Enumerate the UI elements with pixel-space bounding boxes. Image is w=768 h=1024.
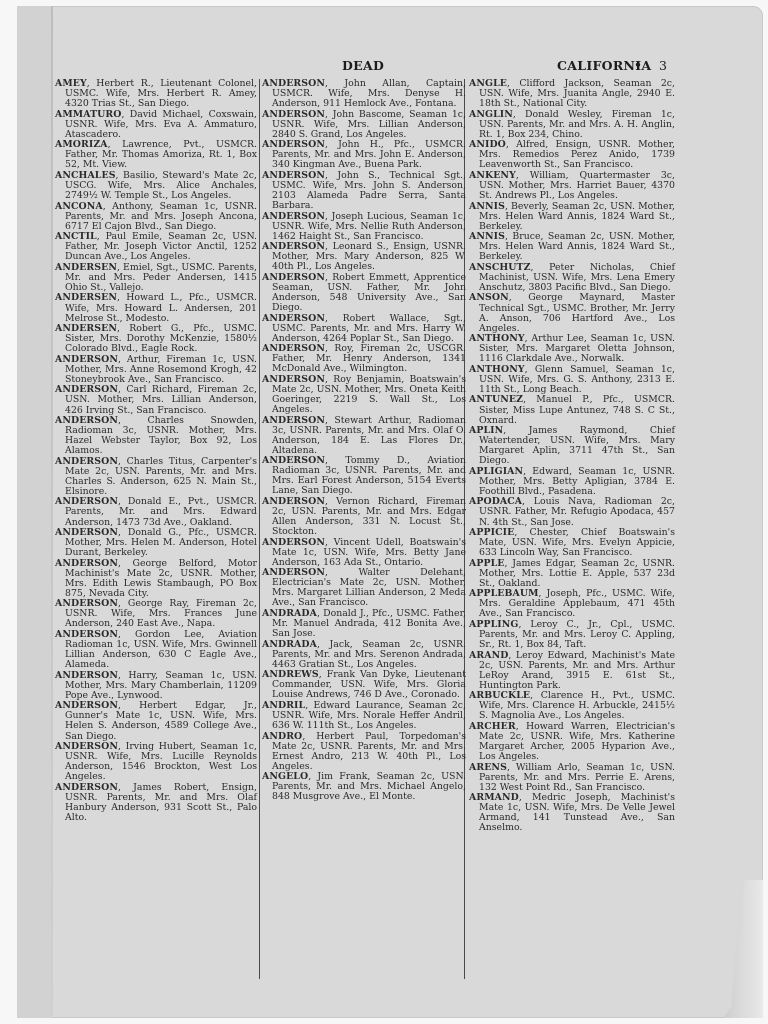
casualty-entry: ANGLIN, Donald Wesley, Fireman 1c, USN. … bbox=[469, 110, 675, 140]
casualty-entry: ANDERSON, Arthur, Fireman 1c, USN. Mothe… bbox=[55, 355, 257, 385]
casualty-entry: ANTHONY, Glenn Samuel, Seaman 1c, USN. W… bbox=[469, 365, 675, 395]
casualty-entry: ANNIS, Beverly, Seaman 2c, USN. Mother, … bbox=[469, 202, 675, 232]
casualty-entry: ANDERSON, Roy Benjamin, Boatswain's Mate… bbox=[262, 375, 466, 415]
casualty-entry: ANSCHUTZ, Peter Nicholas, Chief Machinis… bbox=[469, 263, 675, 293]
casualty-entry: ANDERSEN, Emiel, Sgt., USMC. Parents, Mr… bbox=[55, 263, 257, 293]
casualty-entry: ARCHER, Howard Warren, Electrician's Mat… bbox=[469, 722, 675, 762]
casualty-entry: ANDERSON, James Robert, Ensign, USNR. Pa… bbox=[55, 783, 257, 823]
casualty-entry: ANDERSON, John H., Pfc., USMCR. Parents,… bbox=[262, 140, 466, 170]
casualty-entry: ANCTIL, Paul Emile, Seaman 2c, USN. Fath… bbox=[55, 232, 257, 262]
casualty-entry: ANDERSON, George Ray, Fireman 2c, USNR. … bbox=[55, 599, 257, 629]
casualty-entry: ANDERSON, Vernon Richard, Fireman 2c, US… bbox=[262, 497, 466, 537]
entry-details: , William Arlo, Seaman 1c, USN. Parents,… bbox=[479, 762, 675, 793]
casualty-entry: ANDERSON, Herbert Edgar, Jr., Gunner's M… bbox=[55, 701, 257, 741]
casualty-entry: ANDRADA, Donald J., Pfc., USMC. Father, … bbox=[262, 609, 466, 639]
casualty-entry: APLIN, James Raymond, Chief Watertender,… bbox=[469, 426, 675, 466]
casualty-entry: ANIDO, Alfred, Ensign, USNR. Mother, Mrs… bbox=[469, 140, 675, 170]
casualty-entry: APPICIE, Chester, Chief Boatswain's Mate… bbox=[469, 528, 675, 558]
page-number: 3 bbox=[659, 58, 667, 73]
casualty-entry: ANDERSON, John S., Technical Sgt., USMC.… bbox=[262, 171, 466, 211]
casualty-entry: ANDERSON, Harry, Seaman 1c, USN. Mother,… bbox=[55, 671, 257, 701]
column-3: ANGLE, Clifford Jackson, Seaman 2c, USN.… bbox=[469, 79, 675, 834]
casualty-entry: ANDERSON, Tommy D., Aviation Radioman 3c… bbox=[262, 456, 466, 496]
casualty-entry: AMMATURO, David Michael, Coxswain, USNR.… bbox=[55, 110, 257, 140]
casualty-entry: ANDERSON, Carl Richard, Fireman 2c, USN.… bbox=[55, 385, 257, 415]
casualty-entry: ANDERSON, Joseph Lucious, Seaman 1c, USN… bbox=[262, 212, 466, 242]
casualty-entry: ANDERSON, Leonard S., Ensign, USNR. Moth… bbox=[262, 242, 466, 272]
entry-details: , James Raymond, Chief Watertender, USN.… bbox=[479, 425, 675, 466]
entry-details: , George Maynard, Master Technical Sgt.,… bbox=[479, 292, 675, 333]
entry-details: , Clifford Jackson, Seaman 2c, USN. Wife… bbox=[479, 78, 675, 109]
entry-details: , Beverly, Seaman 2c, USN. Mother, Mrs. … bbox=[479, 201, 675, 232]
casualty-entry: ANDERSON, Donald G., Pfc., USMCR. Mother… bbox=[55, 528, 257, 558]
casualty-entry: ANDERSON, Walter Delehant, Electrician's… bbox=[262, 568, 466, 608]
casualty-entry: ANDERSON, Roy, Fireman 2c, USCGR. Father… bbox=[262, 344, 466, 374]
casualty-entry: ANDERSON, Gordon Lee, Aviation Radioman … bbox=[55, 630, 257, 670]
casualty-entry: ANDERSON, John Bascome, Seaman 1c, USNR.… bbox=[262, 110, 466, 140]
casualty-entry: ARENS, William Arlo, Seaman 1c, USN. Par… bbox=[469, 763, 675, 793]
casualty-entry: ANDRO, Herbert Paul, Torpedoman's Mate 2… bbox=[262, 732, 466, 772]
casualty-entry: APODACA, Louis Nava, Radioman 2c, USNR. … bbox=[469, 497, 675, 527]
casualty-entry: ANDERSEN, Robert G., Pfc., USMC. Sister,… bbox=[55, 324, 257, 354]
bullet-icon: • bbox=[634, 57, 642, 72]
casualty-entry: ANSON, George Maynard, Master Technical … bbox=[469, 293, 675, 333]
casualty-entry: ANDERSON, Irving Hubert, Seaman 1c, USNR… bbox=[55, 742, 257, 782]
casualty-entry: ANGLE, Clifford Jackson, Seaman 2c, USN.… bbox=[469, 79, 675, 109]
casualty-entry: AMEY, Herbert R., Lieutenant Colonel, US… bbox=[55, 79, 257, 109]
casualty-entry: ANNIS, Bruce, Seaman 2c, USN. Mother, Mr… bbox=[469, 232, 675, 262]
casualty-entry: ANGELO, Jim Frank, Seaman 2c, USN. Paren… bbox=[262, 772, 466, 802]
casualty-entry: ANTHONY, Arthur Lee, Seaman 1c, USN. Sis… bbox=[469, 334, 675, 364]
casualty-entry: ARBUCKLE, Clarence H., Pvt., USMC. Wife,… bbox=[469, 691, 675, 721]
page-binding-strip bbox=[17, 6, 51, 1018]
casualty-entry: APPLE, James Edgar, Seaman 2c, USNR. Mot… bbox=[469, 559, 675, 589]
column-2: ANDERSON, John Allan, Captain, USMCR. Wi… bbox=[262, 79, 466, 803]
entry-details: , James Edgar, Seaman 2c, USNR. Mother, … bbox=[479, 558, 675, 589]
casualty-entry: ANDERSON, Vincent Udell, Boatswain's Mat… bbox=[262, 538, 466, 568]
casualty-entry: APPLING, Leroy C., Jr., Cpl., USMC. Pare… bbox=[469, 620, 675, 650]
casualty-entry: APPLEBAUM, Joseph, Pfc., USMC. Wife, Mrs… bbox=[469, 589, 675, 619]
casualty-entry: ANDERSON, George Belford, Motor Machinis… bbox=[55, 559, 257, 599]
entry-details: , Alfred, Ensign, USNR. Mother, Mrs. Rem… bbox=[479, 139, 675, 170]
page-fold-line bbox=[51, 6, 53, 1016]
entry-details: , Bruce, Seaman 2c, USN. Mother, Mrs. He… bbox=[479, 231, 675, 262]
casualty-entry: APLIGIAN, Edward, Seaman 1c, USNR. Mothe… bbox=[469, 467, 675, 497]
casualty-entry: ANCHALES, Basilio, Steward's Mate 2c, US… bbox=[55, 171, 257, 201]
casualty-entry: ANDERSON, Donald E., Pvt., USMCR. Parent… bbox=[55, 497, 257, 527]
casualty-entry: ANDERSON, John Allan, Captain, USMCR. Wi… bbox=[262, 79, 466, 109]
casualty-entry: ANDERSON, Stewart Arthur, Radioman 3c, U… bbox=[262, 416, 466, 456]
casualty-entry: ANDRADA, Jack, Seaman 2c, USNR. Parents,… bbox=[262, 640, 466, 670]
casualty-entry: ANDERSEN, Howard L., Pfc., USMCR. Wife, … bbox=[55, 293, 257, 323]
casualty-entry: ANTUNEZ, Manuel P., Pfc., USMCR. Sister,… bbox=[469, 395, 675, 425]
column-divider bbox=[259, 79, 260, 979]
entry-details: , Herbert R., Lieutenant Colonel, USMC. … bbox=[65, 78, 257, 109]
casualty-entry: ANDERSON, Robert Wallace, Sgt., USMC. Pa… bbox=[262, 314, 466, 344]
casualty-entry: ANDERSON, Charles Snowden, Radioman 3c, … bbox=[55, 416, 257, 456]
casualty-entry: ANDERSON, Charles Titus, Carpenter's Mat… bbox=[55, 457, 257, 497]
casualty-entry: ANCONA, Anthony, Seaman 1c, USNR. Parent… bbox=[55, 202, 257, 232]
page-header: DEAD CALIFORNIA • 3 bbox=[0, 58, 768, 74]
page-title: DEAD bbox=[342, 58, 384, 73]
casualty-entry: ANDREWS, Frank Van Dyke, Lieutenant Comm… bbox=[262, 670, 466, 700]
casualty-entry: ANKENY, William, Quartermaster 3c, USN. … bbox=[469, 171, 675, 201]
casualty-entry: ARAND, Leroy Edward, Machinist's Mate 2c… bbox=[469, 651, 675, 691]
casualty-entry: AMORIZA, Lawrence, Pvt., USMCR. Father, … bbox=[55, 140, 257, 170]
casualty-entry: ANDERSON, Robert Emmett, Apprentice Seam… bbox=[262, 273, 466, 313]
casualty-entry: ARMAND, Medric Joseph, Machinist's Mate … bbox=[469, 793, 675, 833]
entry-details: , Leroy Edward, Machinist's Mate 2c, USN… bbox=[479, 650, 675, 691]
casualty-entry: ANDRIL, Edward Laurance, Seaman 2c, USNR… bbox=[262, 701, 466, 731]
entry-details: , Herbert Paul, Torpedoman's Mate 2c, US… bbox=[272, 731, 466, 772]
column-1: AMEY, Herbert R., Lieutenant Colonel, US… bbox=[55, 79, 257, 823]
